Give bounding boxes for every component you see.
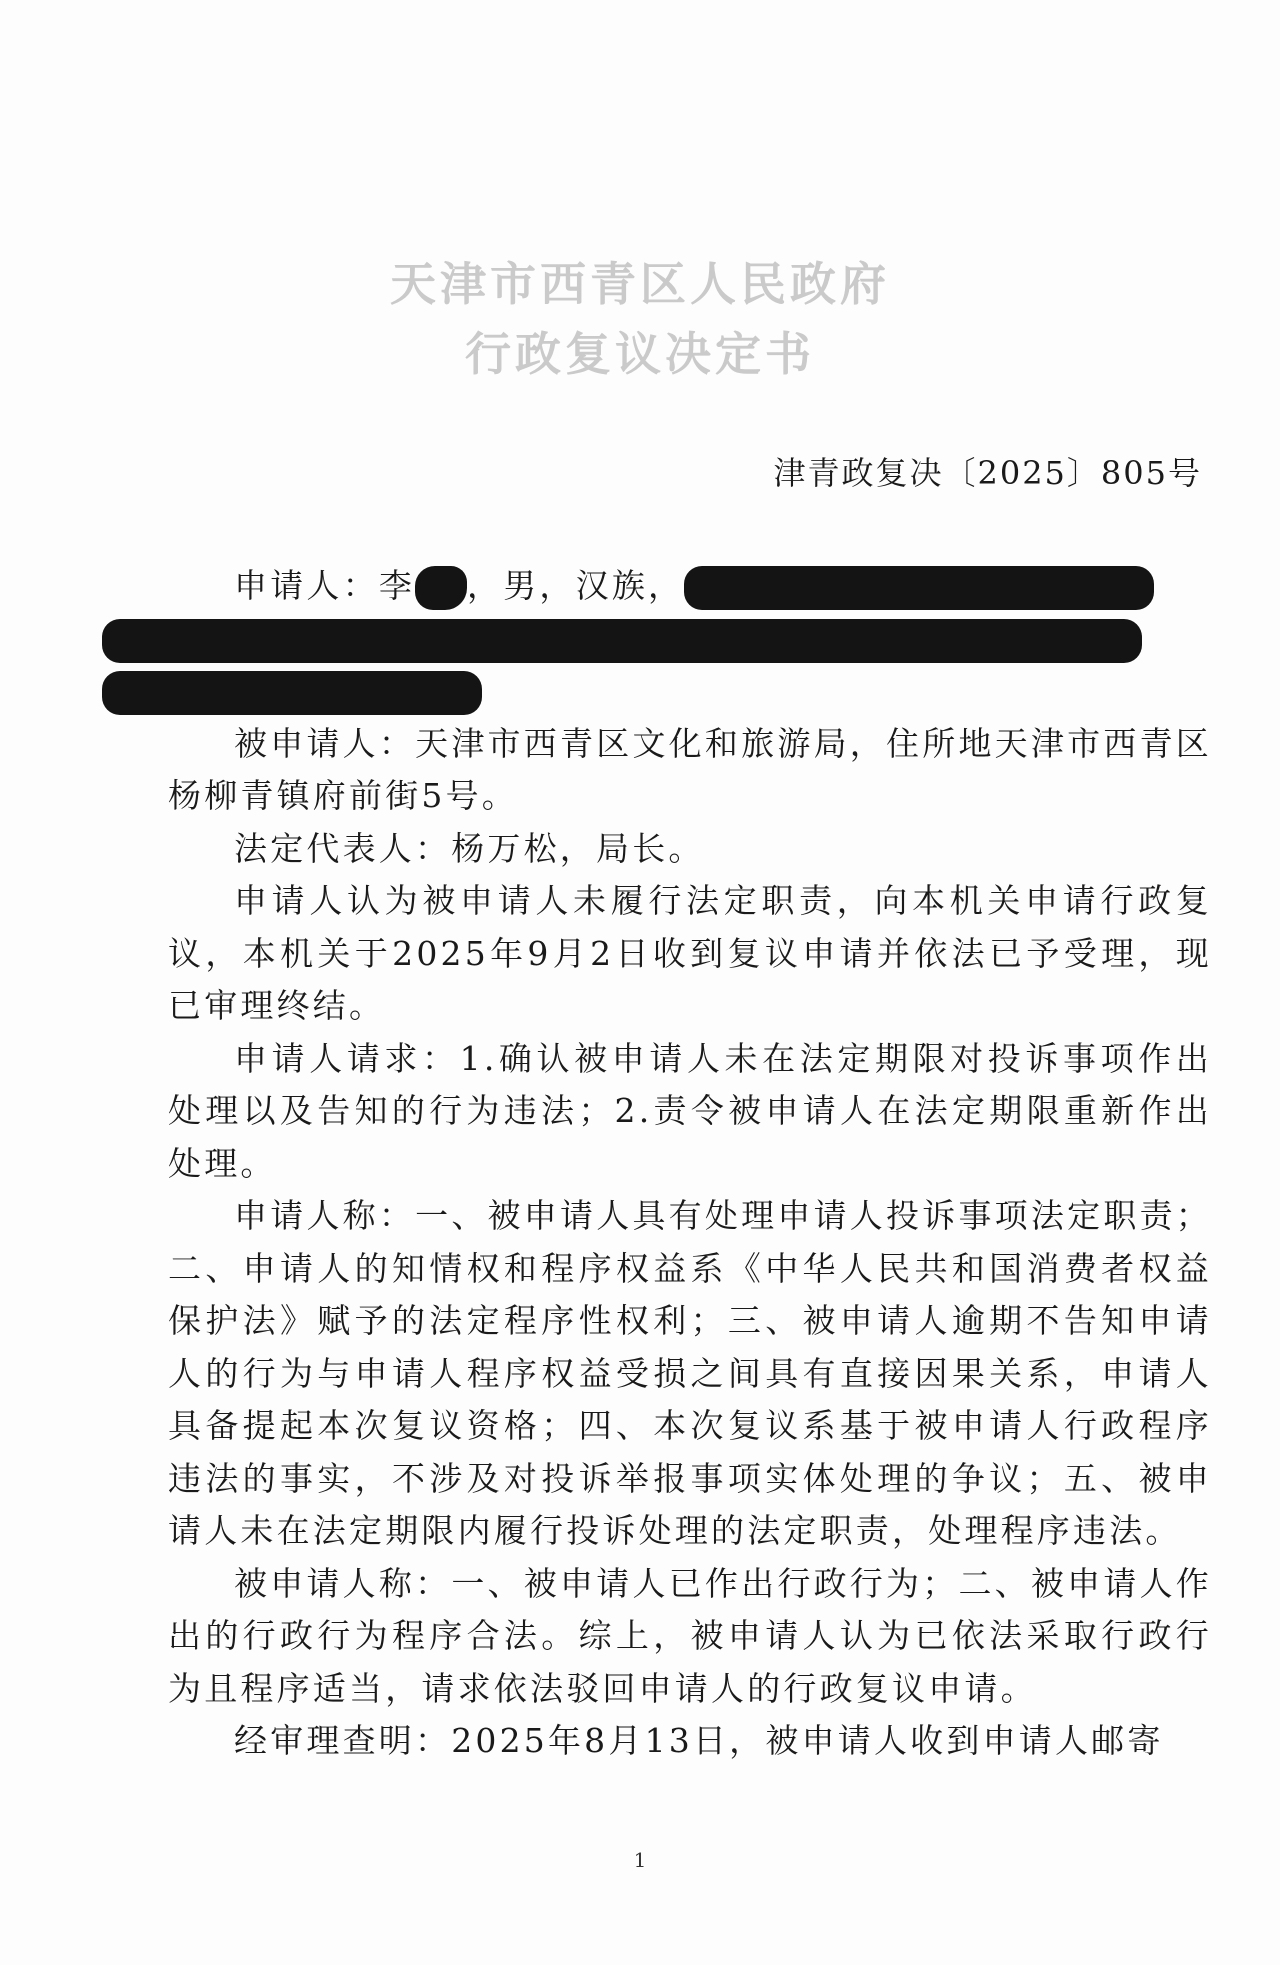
document-page: 天津市西青区人民政府 行政复议决定书 津青政复决〔2025〕805号 申请人：李… (0, 0, 1280, 1965)
findings-paragraph: 经审理查明：2025年8月13日，被申请人收到申请人邮寄 (168, 1715, 1212, 1768)
respondent-claims-paragraph: 被申请人称：一、被申请人已作出行政行为；二、被申请人作出的行政行为程序合法。综上… (168, 1558, 1212, 1716)
applicant-claims-paragraph: 申请人称：一、被申请人具有处理申请人投诉事项法定职责；二、申请人的知情权和程序权… (168, 1190, 1212, 1558)
document-type-title: 行政复议决定书 (0, 318, 1280, 384)
applicant-requests-paragraph: 申请人请求：1.确认被申请人未在法定期限对投诉事项作出处理以及告知的行为违法；2… (168, 1033, 1212, 1191)
document-body: 申请人：李，男，汉族， 被申请人：天津市西青区文化和旅游局，住所地天津市西青区杨… (168, 560, 1212, 1768)
applicant-label: 申请人： (234, 566, 379, 605)
applicant-paragraph: 申请人：李，男，汉族， (168, 560, 1212, 718)
legal-representative-paragraph: 法定代表人：杨万松，局长。 (168, 823, 1212, 876)
redaction-mark (684, 566, 1154, 610)
applicant-surname: 李 (379, 566, 415, 605)
issuing-authority-title: 天津市西青区人民政府 (0, 248, 1280, 314)
page-number: 1 (0, 1848, 1280, 1872)
redaction-mark (102, 671, 482, 715)
redaction-mark (102, 619, 1142, 663)
case-intro-paragraph: 申请人认为被申请人未履行法定职责，向本机关申请行政复议，本机关于2025年9月2… (168, 875, 1212, 1033)
applicant-details: ，男，汉族， (467, 566, 684, 605)
respondent-paragraph: 被申请人：天津市西青区文化和旅游局，住所地天津市西青区杨柳青镇府前街5号。 (168, 718, 1212, 823)
redaction-mark (415, 566, 467, 610)
document-number: 津青政复决〔2025〕805号 (773, 448, 1202, 494)
